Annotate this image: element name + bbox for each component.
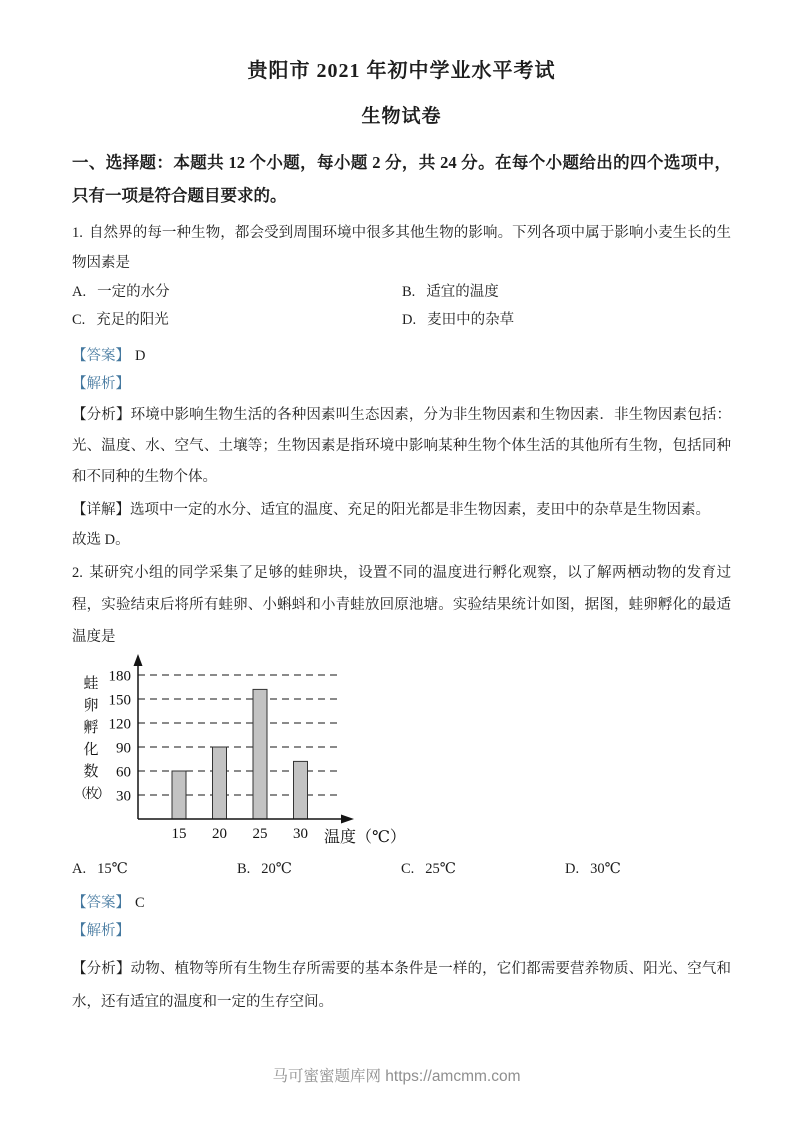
svg-text:150: 150 — [109, 693, 132, 709]
option-key: A. — [72, 284, 86, 300]
question-2-options: A.15℃ B.20℃ C.25℃ D.30℃ — [72, 855, 731, 883]
option-key: A. — [72, 861, 86, 877]
frog-egg-hatch-bar-chart: 蛙卵孵化数（枚） 30609012015018015202530温度（℃） — [72, 653, 492, 853]
svg-text:25: 25 — [253, 826, 268, 842]
question-1-analysis: 【分析】环境中影响生物生活的各种因素叫生态因素，分为非生物因素和生物因素．非生物… — [72, 400, 731, 493]
explain-tag: 【解析】 — [72, 376, 130, 392]
question-1-detail: 【详解】选项中一定的水分、适宜的温度、充足的阳光都是非生物因素，麦田中的杂草是生… — [72, 495, 731, 525]
question-2-text: 某研究小组的同学采集了足够的蛙卵块，设置不同的温度进行孵化观察，以了解两栖动物的… — [72, 565, 731, 645]
question-2-stem: 2.某研究小组的同学采集了足够的蛙卵块，设置不同的温度进行孵化观察，以了解两栖动… — [72, 557, 731, 653]
question-2-answer-line: 【答案】C — [72, 889, 731, 917]
question-2-explain-line: 【解析】 — [72, 917, 731, 945]
option-c: C.充足的阳光 — [72, 306, 402, 334]
answer-tag: 【答案】 — [72, 895, 130, 911]
option-text: 麦田中的杂草 — [427, 312, 514, 328]
option-text: 充足的阳光 — [96, 312, 169, 328]
svg-text:温度（℃）: 温度（℃） — [324, 828, 406, 846]
option-d: D.麦田中的杂草 — [402, 306, 731, 334]
svg-text:60: 60 — [116, 765, 131, 781]
analysis-text: 动物、植物等所有生物生存所需要的基本条件是一样的，它们都需要营养物质、阳光、空气… — [72, 961, 731, 1010]
analysis-tag: 【分析】 — [72, 961, 131, 977]
detail-text: 选项中一定的水分、适宜的温度、充足的阳光都是非生物因素，麦田中的杂草是生物因素。 — [130, 502, 710, 518]
svg-text:30: 30 — [293, 826, 308, 842]
option-key: C. — [401, 861, 414, 877]
option-text: 20℃ — [261, 861, 292, 877]
option-text: 25℃ — [425, 861, 456, 877]
answer-value: D — [135, 348, 145, 364]
option-key: D. — [565, 861, 579, 877]
option-text: 适宜的温度 — [426, 284, 499, 300]
question-1-stem: 1.自然界的每一种生物，都会受到周围环境中很多其他生物的影响。下列各项中属于影响… — [72, 218, 731, 278]
option-key: D. — [402, 312, 416, 328]
watermark-footer: 马可蜜蜜题库网 https://amcmm.com — [0, 1064, 793, 1086]
exam-page: 贵阳市 2021 年初中学业水平考试 生物试卷 一、选择题：本题共 12 个小题… — [0, 0, 793, 1019]
detail-tag: 【详解】 — [72, 502, 130, 518]
question-2-analysis: 【分析】动物、植物等所有生物生存所需要的基本条件是一样的，它们都需要营养物质、阳… — [72, 953, 731, 1019]
svg-text:180: 180 — [109, 669, 132, 685]
page-subtitle: 生物试卷 — [72, 102, 731, 132]
svg-text:120: 120 — [109, 717, 132, 733]
svg-text:30: 30 — [116, 789, 131, 805]
svg-text:15: 15 — [172, 826, 187, 842]
answer-tag: 【答案】 — [72, 348, 130, 364]
svg-text:90: 90 — [116, 741, 131, 757]
question-1-explain-line: 【解析】 — [72, 370, 731, 398]
bar-chart-svg: 30609012015018015202530温度（℃） — [72, 653, 492, 853]
option-b: B.20℃ — [237, 855, 401, 883]
page-title: 贵阳市 2021 年初中学业水平考试 — [72, 56, 731, 86]
answer-value: C — [135, 895, 145, 911]
question-1-text: 自然界的每一种生物，都会受到周围环境中很多其他生物的影响。下列各项中属于影响小麦… — [72, 225, 731, 271]
option-key: C. — [72, 312, 85, 328]
option-c: C.25℃ — [401, 855, 565, 883]
option-a: A.一定的水分 — [72, 278, 402, 306]
question-1-answer-line: 【答案】D — [72, 342, 731, 370]
option-key: B. — [402, 284, 415, 300]
question-1-options: A.一定的水分 B.适宜的温度 C.充足的阳光 D.麦田中的杂草 — [72, 278, 731, 334]
explain-tag: 【解析】 — [72, 923, 130, 939]
option-text: 一定的水分 — [97, 284, 170, 300]
section-header: 一、选择题：本题共 12 个小题，每小题 2 分，共 24 分。在每个小题给出的… — [72, 146, 731, 212]
option-text: 15℃ — [97, 861, 128, 877]
analysis-tag: 【分析】 — [72, 407, 131, 423]
option-d: D.30℃ — [565, 855, 731, 883]
option-b: B.适宜的温度 — [402, 278, 731, 306]
question-2-number: 2. — [72, 565, 83, 581]
option-text: 30℃ — [590, 861, 621, 877]
question-1-conclusion: 故选 D。 — [72, 525, 731, 555]
option-a: A.15℃ — [72, 855, 237, 883]
option-key: B. — [237, 861, 250, 877]
svg-text:20: 20 — [212, 826, 227, 842]
question-1-number: 1. — [72, 225, 83, 241]
analysis-text: 环境中影响生物生活的各种因素叫生态因素，分为非生物因素和生物因素．非生物因素包括… — [72, 407, 731, 485]
